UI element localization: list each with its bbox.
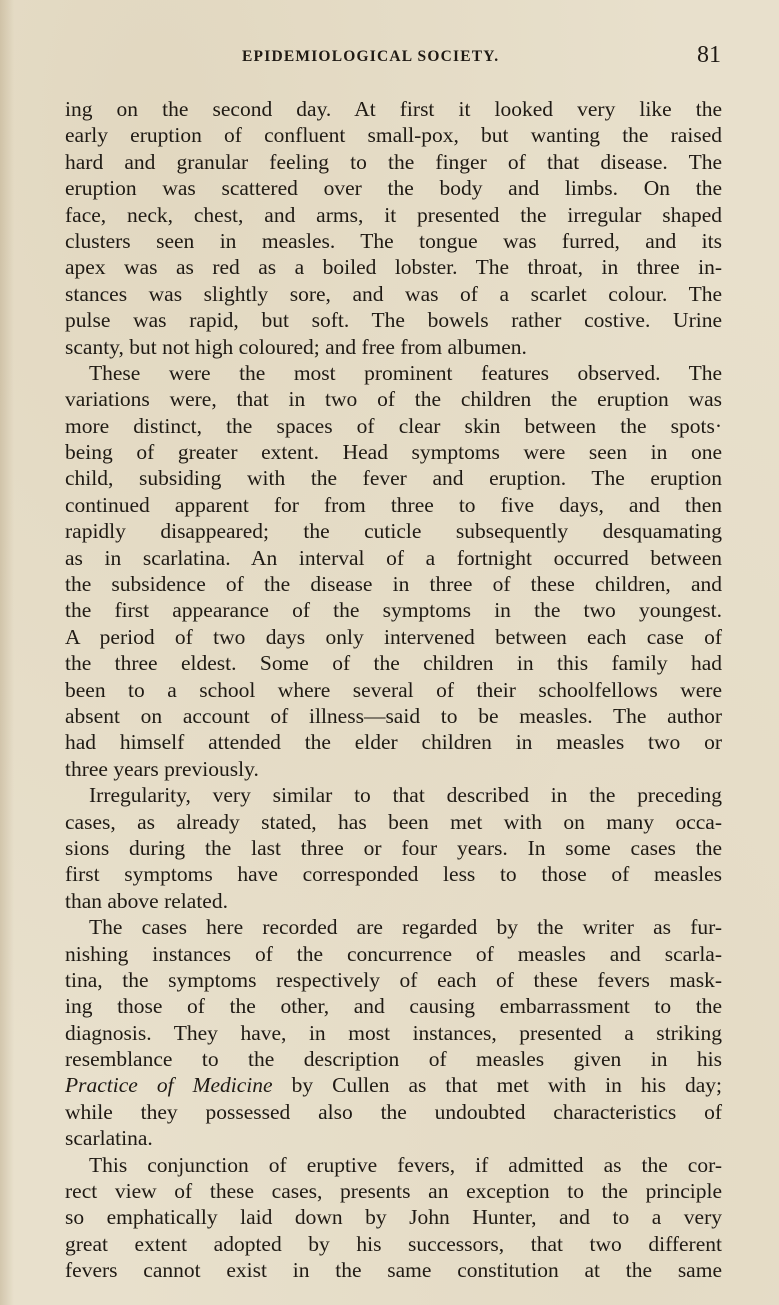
text-line: apex was as red as a boiled lobster. The… — [65, 254, 722, 280]
text-line: tina, the symptoms respectively of each … — [65, 967, 722, 993]
text-line: pulse was rapid, but soft. The bowels ra… — [65, 307, 722, 333]
text-line: variations were, that in two of the chil… — [65, 386, 722, 412]
text-line: the first appearance of the symptoms in … — [65, 597, 722, 623]
italic-title: Practice of Medicine — [65, 1073, 273, 1097]
text-line: the subsidence of the disease in three o… — [65, 571, 722, 597]
text-line: stances was slightly sore, and was of a … — [65, 281, 722, 307]
text-line: ing those of the other, and causing emba… — [65, 993, 722, 1019]
text-line: This conjunction of eruptive fevers, if … — [65, 1152, 722, 1178]
text-line: while they possessed also the undoubted … — [65, 1099, 722, 1125]
text-line: absent on account of illness—said to be … — [65, 703, 722, 729]
text-line: The cases here recorded are regarded by … — [65, 914, 722, 940]
page-number: 81 — [697, 42, 721, 69]
text-line: These were the most prominent features o… — [65, 360, 722, 386]
text-line: A period of two days only intervened bet… — [65, 624, 722, 650]
text-line: hard and granular feeling to the finger … — [65, 149, 722, 175]
text-line: the three eldest. Some of the children i… — [65, 650, 722, 676]
text-line: Irregularity, very similar to that descr… — [65, 782, 722, 808]
page-body: ing on the second day. At first it looke… — [65, 96, 722, 1284]
running-head: EPIDEMIOLOGICAL SOCIETY. 81 — [0, 44, 779, 74]
text-line: been to a school where several of their … — [65, 677, 722, 703]
text-line: resemblance to the description of measle… — [65, 1046, 722, 1072]
text-line: nishing instances of the concurrence of … — [65, 941, 722, 967]
text-line: fevers cannot exist in the same constitu… — [65, 1257, 722, 1283]
text-line: eruption was scattered over the body and… — [65, 175, 722, 201]
text-line: Practice of Medicine by Cullen as that m… — [65, 1072, 722, 1098]
line-text: by Cullen as that met with in his day; — [273, 1073, 722, 1097]
text-line: ing on the second day. At first it looke… — [65, 96, 722, 122]
text-line: clusters seen in measles. The tongue was… — [65, 228, 722, 254]
text-line: diagnosis. They have, in most instances,… — [65, 1020, 722, 1046]
text-line: rapidly disappeared; the cuticle subsequ… — [65, 518, 722, 544]
text-line: child, subsiding with the fever and erup… — [65, 465, 722, 491]
text-line: first symptoms have corresponded less to… — [65, 861, 722, 887]
text-line: being of greater extent. Head symptoms w… — [65, 439, 722, 465]
text-line: more distinct, the spaces of clear skin … — [65, 413, 722, 439]
text-line: cases, as already stated, has been met w… — [65, 809, 722, 835]
running-title: EPIDEMIOLOGICAL SOCIETY. — [242, 48, 499, 66]
text-line: great extent adopted by his successors, … — [65, 1231, 722, 1257]
text-line: as in scarlatina. An interval of a fortn… — [65, 545, 722, 571]
text-line: than above related. — [65, 888, 722, 914]
text-line: continued apparent for from three to fiv… — [65, 492, 722, 518]
text-line: sions during the last three or four year… — [65, 835, 722, 861]
text-line: early eruption of confluent small-pox, b… — [65, 122, 722, 148]
text-line: so emphatically laid down by John Hunter… — [65, 1204, 722, 1230]
text-line: scanty, but not high coloured; and free … — [65, 334, 722, 360]
text-line: had himself attended the elder children … — [65, 729, 722, 755]
page-edge-shadow — [0, 0, 14, 1305]
text-line: face, neck, chest, and arms, it presente… — [65, 202, 722, 228]
text-line: rect view of these cases, presents an ex… — [65, 1178, 722, 1204]
text-line: three years previously. — [65, 756, 722, 782]
text-line: scarlatina. — [65, 1125, 722, 1151]
